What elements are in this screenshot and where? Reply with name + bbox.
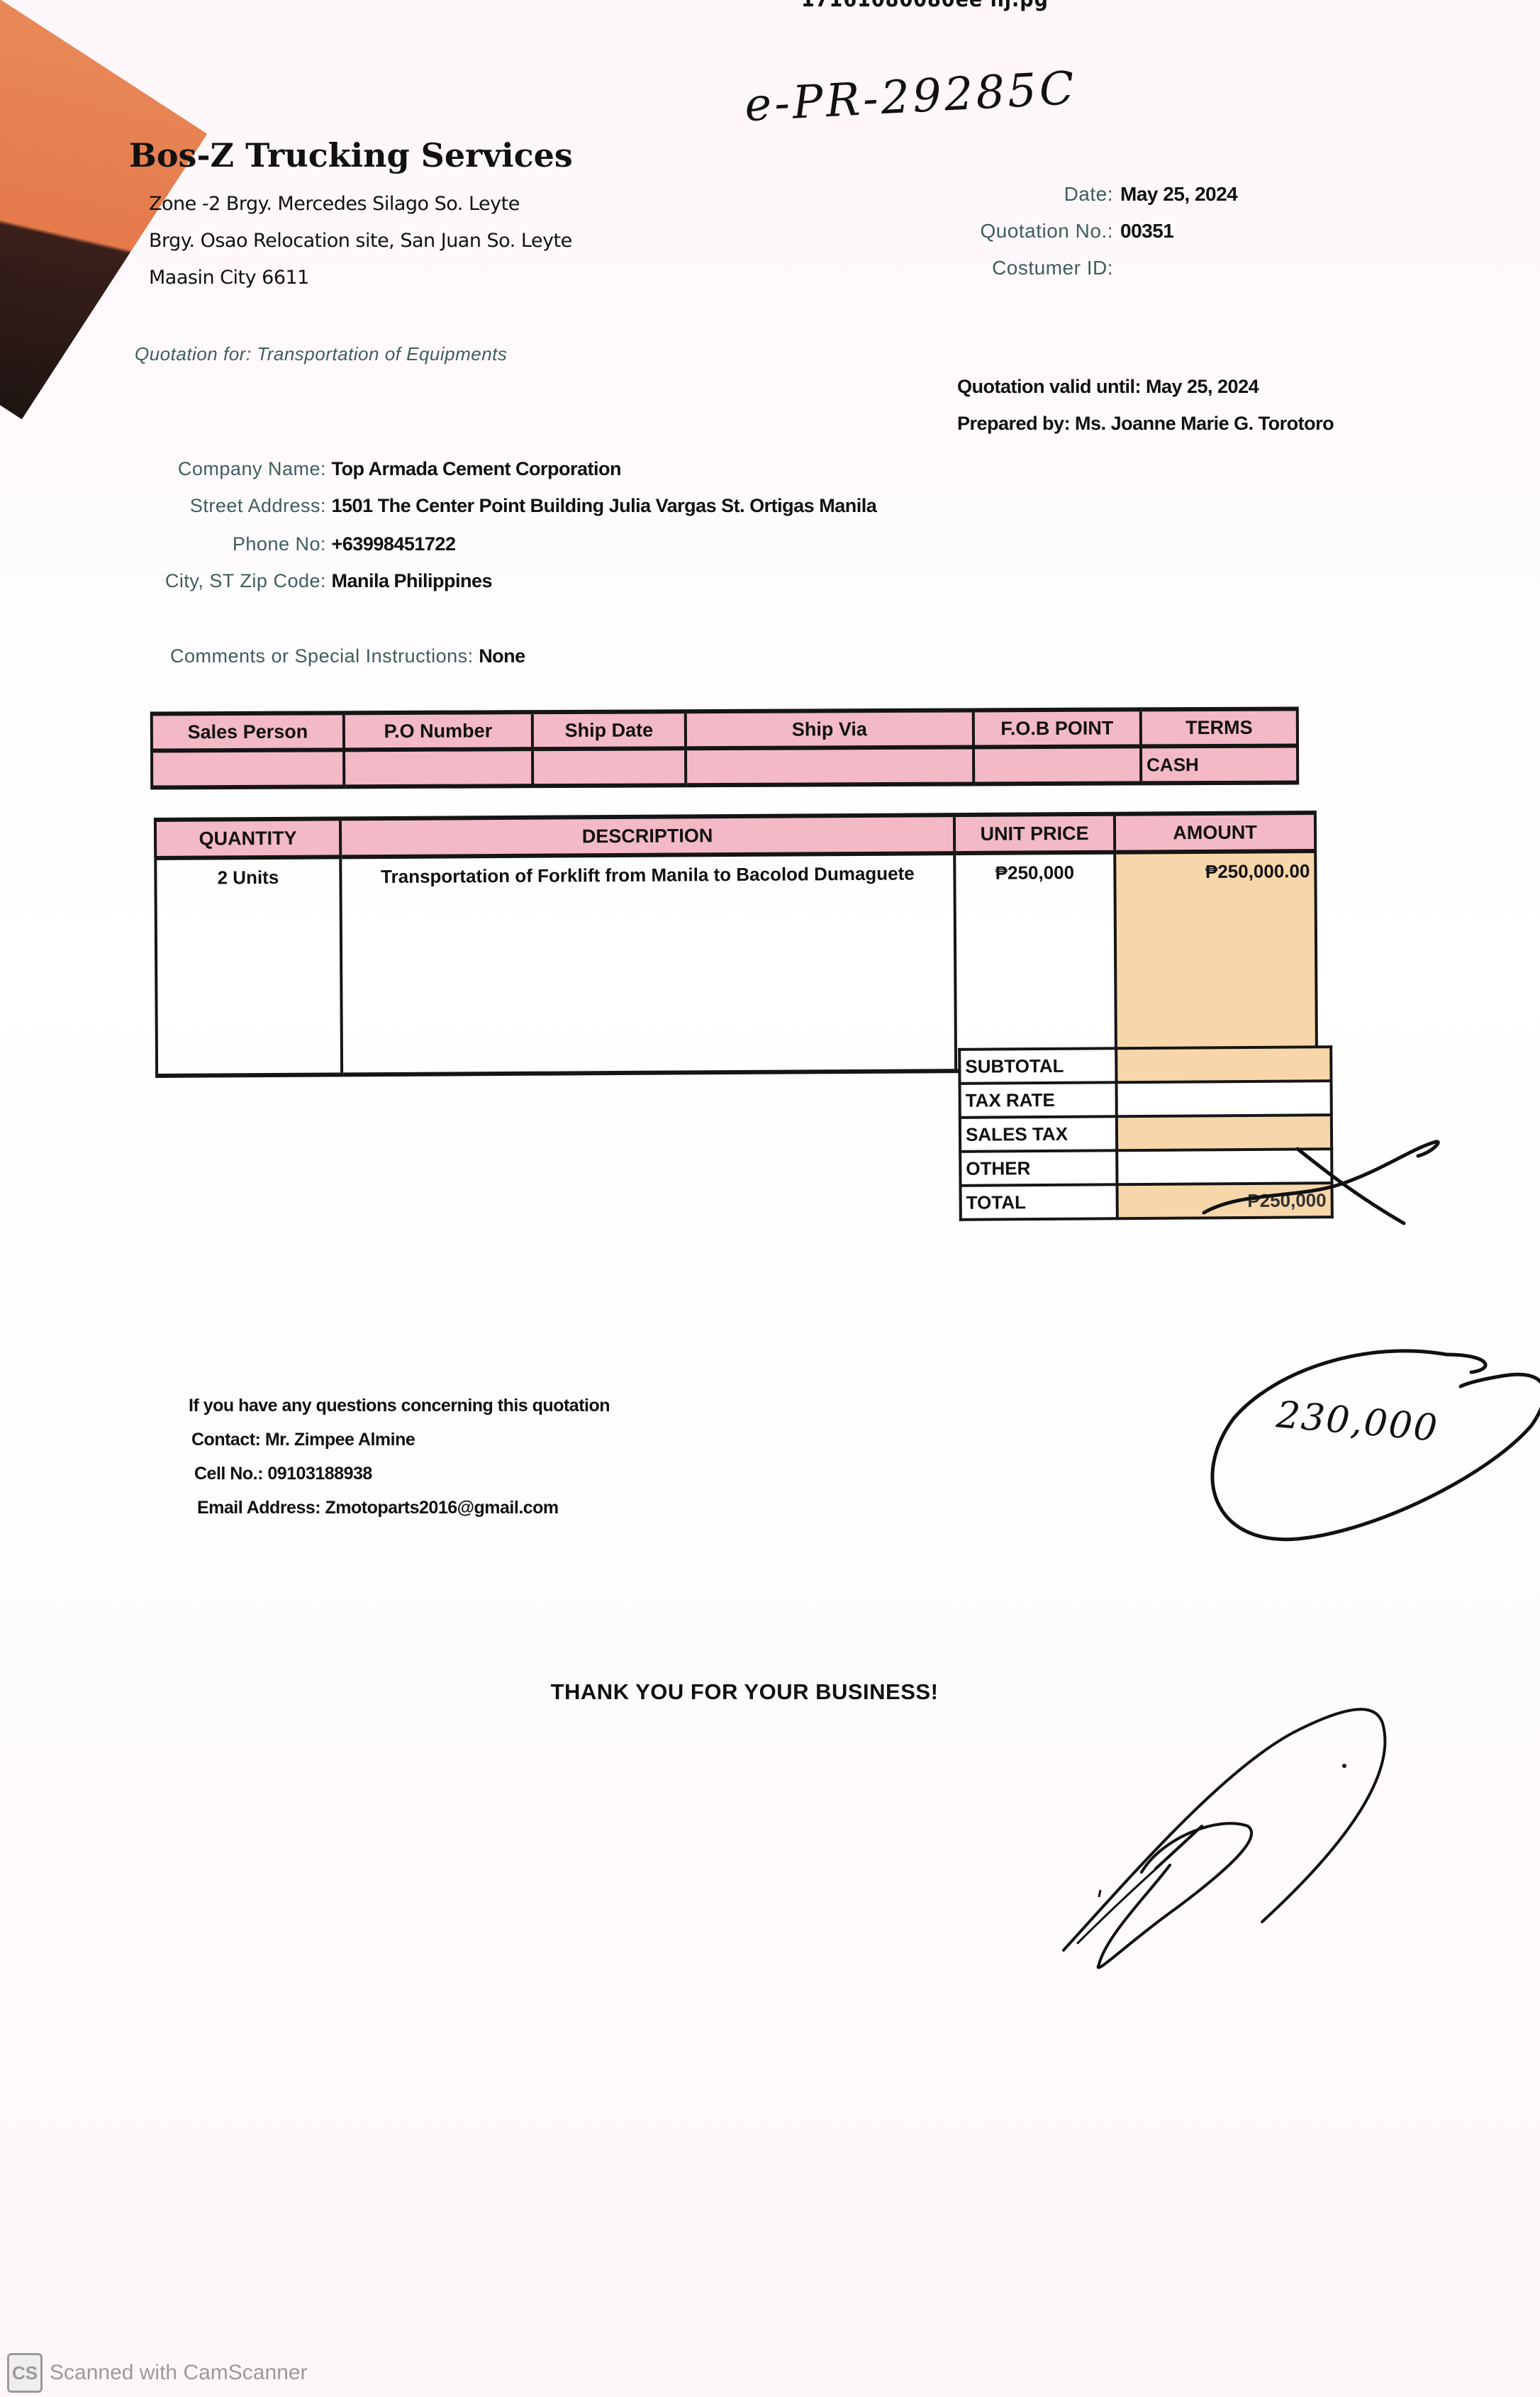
customer-street-row: Street Address: 1501 The Center Point Bu… xyxy=(0,495,876,517)
shipping-header-row: Sales Person P.O Number Ship Date Ship V… xyxy=(152,708,1298,750)
quotation-no-label: Quotation No.: xyxy=(752,220,1113,243)
shipping-value-row: CASH xyxy=(152,745,1298,787)
item-unit-price: ₱250,000 xyxy=(954,852,1116,1071)
quotation-for: Quotation for: Transportation of Equipme… xyxy=(135,343,507,365)
items-table: QUANTITY DESCRIPTION UNIT PRICE AMOUNT 2… xyxy=(155,814,1317,1069)
prepared-by: Prepared by: Ms. Joanne Marie G. Torotor… xyxy=(957,413,1334,435)
camscanner-logo-icon: CS xyxy=(7,2353,43,2393)
item-amount: ₱250,000.00 xyxy=(1115,851,1317,1070)
header-ship-via: Ship Via xyxy=(686,710,973,748)
header-fob-point: F.O.B POINT xyxy=(973,709,1141,747)
header-po-number: P.O Number xyxy=(344,712,532,750)
company-address-line-3: Maasin City 6611 xyxy=(149,267,309,289)
sales-person-value xyxy=(152,750,344,787)
signature-icon xyxy=(1049,1695,1432,1993)
camscanner-watermark: CS Scanned with CamScanner xyxy=(7,2353,308,2393)
handwritten-circle-icon xyxy=(1191,1333,1540,1560)
other-label: OTHER xyxy=(960,1150,1117,1186)
subtotal-row: SUBTOTAL xyxy=(959,1047,1331,1084)
po-number-value xyxy=(344,749,532,786)
tax-rate-label: TAX RATE xyxy=(960,1082,1117,1118)
items-header-row: QUANTITY DESCRIPTION UNIT PRICE AMOUNT xyxy=(155,813,1315,858)
header-sales-person: Sales Person xyxy=(152,713,344,750)
header-quantity: QUANTITY xyxy=(155,818,340,858)
tax-rate-value xyxy=(1116,1081,1331,1116)
shipping-table: Sales Person P.O Number Ship Date Ship V… xyxy=(150,706,1299,789)
tax-rate-row: TAX RATE xyxy=(960,1081,1332,1118)
customer-phone-row: Phone No: +63998451722 xyxy=(0,533,455,555)
sales-tax-label: SALES TAX xyxy=(960,1116,1117,1152)
company-address-line-1: Zone -2 Brgy. Mercedes Silago So. Leyte xyxy=(149,193,520,215)
header-amount: AMOUNT xyxy=(1115,813,1315,852)
company-name: Bos-Z Trucking Services xyxy=(129,136,573,174)
header-unit-price: UNIT PRICE xyxy=(954,814,1115,853)
filename-fragment: 17161080080ee nj.pg xyxy=(801,0,1049,12)
item-description: Transportation of Forklift from Manila t… xyxy=(340,853,956,1074)
date-label: Date: xyxy=(752,183,1113,206)
header-terms: TERMS xyxy=(1141,708,1298,746)
subtotal-label: SUBTOTAL xyxy=(959,1048,1116,1084)
contact-cell: Cell No.: 09103188938 xyxy=(194,1464,372,1484)
header-description: DESCRIPTION xyxy=(340,815,954,857)
customer-company-row: Company Name: Top Armada Cement Corporat… xyxy=(0,458,621,480)
total-label: TOTAL xyxy=(961,1184,1117,1220)
ship-via-value xyxy=(686,747,973,785)
customer-company-label: Company Name: xyxy=(0,458,326,480)
customer-id-label: Costumer ID: xyxy=(752,257,1113,279)
customer-street-value: 1501 The Center Point Building Julia Var… xyxy=(332,495,877,516)
contact-email: Email Address: Zmotoparts2016@gmail.com xyxy=(197,1498,559,1518)
terms-value: CASH xyxy=(1141,745,1298,783)
comments-label: Comments or Special Instructions: xyxy=(170,645,474,667)
customer-phone-value: +63998451722 xyxy=(332,533,456,555)
customer-phone-label: Phone No: xyxy=(0,533,326,555)
comments-row: Comments or Special Instructions: None xyxy=(170,645,525,667)
camscanner-text: Scanned with CamScanner xyxy=(50,2361,308,2385)
comments-value: None xyxy=(479,645,525,667)
ship-date-value xyxy=(532,748,686,786)
customer-city-label: City, ST Zip Code: xyxy=(0,570,326,592)
subtotal-value xyxy=(1116,1047,1331,1082)
quotation-no-value: 00351 xyxy=(1120,220,1173,243)
contact-name: Contact: Mr. Zimpee Almine xyxy=(191,1430,415,1450)
customer-company-value: Top Armada Cement Corporation xyxy=(332,458,622,479)
customer-city-row: City, ST Zip Code: Manila Philippines xyxy=(0,570,492,592)
header-ship-date: Ship Date xyxy=(532,711,686,749)
fob-point-value xyxy=(973,746,1141,784)
contact-intro: If you have any questions concerning thi… xyxy=(189,1396,610,1416)
customer-city-value: Manila Philippines xyxy=(332,570,493,591)
valid-until: Quotation valid until: May 25, 2024 xyxy=(957,376,1259,398)
customer-street-label: Street Address: xyxy=(0,495,326,517)
table-row: 2 Units Transportation of Forklift from … xyxy=(155,851,1317,1076)
item-quantity: 2 Units xyxy=(155,857,342,1076)
strikeout-mark-icon xyxy=(1198,1135,1446,1227)
company-address-line-2: Brgy. Osao Relocation site, San Juan So.… xyxy=(149,230,572,252)
date-value: May 25, 2024 xyxy=(1120,183,1237,206)
